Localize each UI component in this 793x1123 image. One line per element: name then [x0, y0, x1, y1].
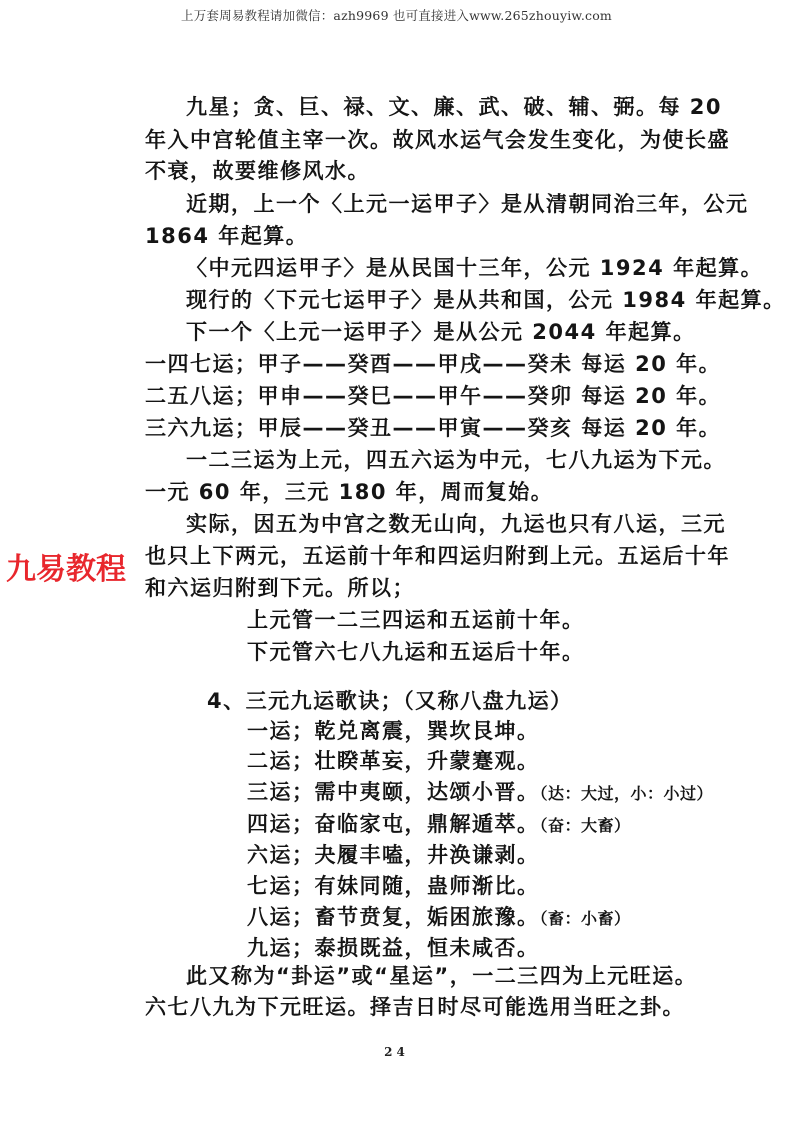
verse-line: 三运；需中夷颐，达颂小晋。（达：大过，小：小过）	[247, 777, 713, 809]
cycle-line: 二五八运；甲申——癸巳——甲午——癸卯 每运 20 年。	[145, 381, 721, 411]
page-number: 24	[0, 1045, 793, 1059]
paragraph-line: 一元 60 年，三元 180 年，周而复始。	[145, 477, 553, 507]
paragraph-line: 六七八九为下元旺运。择吉日时尽可能选用当旺之卦。	[145, 992, 685, 1022]
section-title: 4、三元九运歌诀；（又称八盘九运）	[207, 686, 573, 716]
paragraph-line: 〈中元四运甲子〉是从民国十三年，公元 1924 年起算。	[186, 253, 763, 283]
verse-text: 九运；泰损既益，恒未咸否。	[247, 936, 540, 960]
verse-line: 七运；有妹同随，蛊师渐比。	[247, 871, 540, 901]
paragraph-line: 下一个〈上元一运甲子〉是从公元 2044 年起算。	[186, 317, 696, 347]
verse-text: 四运；奋临家屯，鼎解遁萃。	[247, 812, 540, 836]
verse-line: 六运；夬履丰嗑，井涣谦剥。	[247, 840, 540, 870]
verse-note: （奋：大畜）	[540, 816, 631, 835]
verse-line: 四运；奋临家屯，鼎解遁萃。（奋：大畜）	[247, 809, 631, 841]
paragraph-line: 实际，因五为中宫之数无山向，九运也只有八运，三元	[186, 509, 726, 539]
cycle-line: 三六九运；甲辰——癸丑——甲寅——癸亥 每运 20 年。	[145, 413, 721, 443]
paragraph-line: 年入中宫轮值主宰一次。故风水运气会发生变化，为使长盛	[145, 125, 730, 155]
verse-text: 六运；夬履丰嗑，井涣谦剥。	[247, 843, 540, 867]
indented-line: 下元管六七八九运和五运后十年。	[247, 637, 585, 667]
paragraph-line: 和六运归附到下元。所以；	[145, 573, 415, 603]
verse-text: 三运；需中夷颐，达颂小晋。	[247, 780, 540, 804]
verse-line: 一运；乾兑离震，巽坎艮坤。	[247, 716, 540, 746]
verse-text: 八运；畜节贲复，姤困旅豫。	[247, 905, 540, 929]
indented-line: 上元管一二三四运和五运前十年。	[247, 605, 585, 635]
verse-line: 八运；畜节贲复，姤困旅豫。（畜：小畜）	[247, 902, 631, 934]
paragraph-line: 此又称为“卦运”或“星运”，一二三四为上元旺运。	[186, 961, 697, 991]
cycle-line: 一四七运；甲子——癸酉——甲戌——癸未 每运 20 年。	[145, 349, 721, 379]
paragraph-line: 1864 年起算。	[145, 221, 308, 251]
verse-text: 一运；乾兑离震，巽坎艮坤。	[247, 719, 540, 743]
paragraph-line: 一二三运为上元，四五六运为中元，七八九运为下元。	[186, 445, 726, 475]
paragraph-line: 不衰，故要维修风水。	[145, 156, 370, 186]
verse-line: 二运；壮睽革妄，升蒙蹇观。	[247, 746, 540, 776]
verse-note: （畜：小畜）	[540, 909, 631, 928]
paragraph-line: 现行的〈下元七运甲子〉是从共和国，公元 1984 年起算。	[186, 285, 786, 315]
paragraph-line: 九星；贪、巨、禄、文、廉、武、破、辅、弼。每 20	[186, 92, 722, 122]
paragraph-line: 近期，上一个〈上元一运甲子〉是从清朝同治三年，公元	[186, 189, 749, 219]
paragraph-line: 也只上下两元，五运前十年和四运归附到上元。五运后十年	[145, 541, 730, 571]
verse-text: 二运；壮睽革妄，升蒙蹇观。	[247, 749, 540, 773]
verse-line: 九运；泰损既益，恒未咸否。	[247, 933, 540, 963]
verse-note: （达：大过，小：小过）	[540, 784, 714, 803]
watermark-logo: 九易教程	[6, 544, 126, 588]
verse-text: 七运；有妹同随，蛊师渐比。	[247, 874, 540, 898]
header-banner: 上万套周易教程请加微信：azh9969 也可直接进入www.265zhouyiw…	[0, 6, 793, 24]
